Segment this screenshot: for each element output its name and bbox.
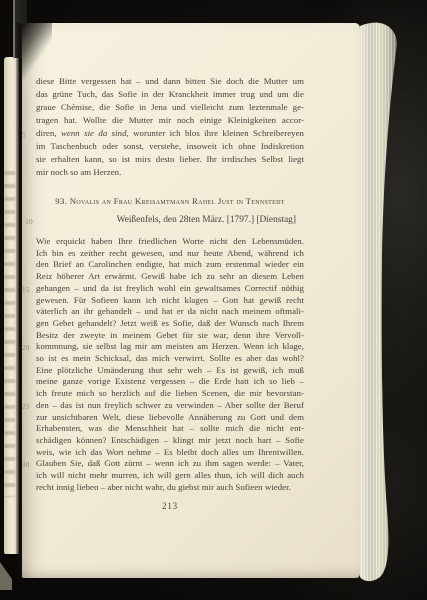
text-segment: tragen hat. Wollte die Mutter mir noch e… bbox=[36, 115, 304, 125]
text-segment: Ich bin es zeither recht gewesen, und nu… bbox=[36, 248, 304, 258]
text-segment: mir noch so am Herzen. bbox=[36, 167, 121, 177]
date-line-text: Weißenfels, den 28ten März. [1797.] [Die… bbox=[117, 215, 296, 225]
text-line: den Brief an Carolinchen endigte, hat mi… bbox=[36, 259, 304, 271]
text-line: Eine plötzliche Umänderung thut sehr weh… bbox=[36, 365, 304, 377]
text-segment: ich will nicht mehr murren, ich will ger… bbox=[36, 470, 304, 480]
text-line: gen Gebet gehandelt? Jetzt weiß es Sofie… bbox=[36, 318, 304, 330]
margin-line-number: 25 bbox=[22, 402, 33, 414]
text-segment: weis, wie ich das Wort nehme – Es bleibt… bbox=[36, 447, 304, 457]
text-segment: Eine plötzliche Umänderung thut sehr weh… bbox=[36, 365, 304, 375]
book-photograph: diese Bitte vergessen hat – und dann bit… bbox=[0, 0, 427, 600]
text-line: das grüne Tuch, das Sofie in der Kranckh… bbox=[36, 88, 304, 101]
text-segment: schädigen können? Entschädigen – klingt … bbox=[36, 435, 304, 445]
text-line: mir noch so am Herzen. bbox=[36, 166, 304, 179]
paragraph-1: diese Bitte vergessen hat – und dann bit… bbox=[36, 75, 304, 179]
margin-line-number: 20 bbox=[22, 343, 33, 355]
text-line: so ist es mein Schicksal, das mich verwi… bbox=[36, 353, 304, 365]
text-segment: sie erhalten kann, so ist mirs desto lie… bbox=[36, 154, 304, 164]
text-segment: Reiz höherer Art erwärmt. Gewiß habe ich… bbox=[36, 271, 304, 281]
text-segment: graue Chémise, die Sofie in Jena und vie… bbox=[36, 102, 304, 112]
text-line: 20kommnung, sie selbst lag mir am meiste… bbox=[36, 341, 304, 353]
text-line: meine ganze vorige Existenz vergessen – … bbox=[36, 376, 304, 388]
text-column: diese Bitte vergessen hat – und dann bit… bbox=[36, 23, 304, 511]
margin-line-number: 10 bbox=[22, 216, 33, 228]
showthrough-text-texture bbox=[4, 167, 15, 497]
text-line: ich will nicht mehr murren, ich will ger… bbox=[36, 470, 304, 482]
text-line: 25den – das ist nun freylich schwer zu v… bbox=[36, 400, 304, 412]
text-line: Ich bin es zeither recht gewesen, und nu… bbox=[36, 248, 304, 260]
text-line: diese Bitte vergessen hat – und dann bit… bbox=[36, 75, 304, 88]
text-segment: ich freute mich so herzlich auf die lieb… bbox=[36, 388, 304, 398]
cover-corner-bottom bbox=[0, 556, 12, 590]
margin-line-number: 15 bbox=[22, 285, 33, 297]
text-line: Erhabensten, was die Menschheit hat – so… bbox=[36, 423, 304, 435]
text-segment: Besitz der zweyte in meinem Gebet für si… bbox=[36, 330, 304, 340]
text-line: sie erhalten kann, so ist mirs desto lie… bbox=[36, 153, 304, 166]
text-segment: das grüne Tuch, das Sofie in der Kranckh… bbox=[36, 89, 304, 99]
text-segment: gewesen. Für Sofieen kann ich nicht klag… bbox=[36, 295, 304, 305]
text-segment: väterlich an ihr gehandelt – und hat er … bbox=[36, 306, 304, 316]
text-line: väterlich an ihr gehandelt – und hat er … bbox=[36, 306, 304, 318]
text-segment: den Brief an Carolinchen endigte, hat mi… bbox=[36, 259, 304, 269]
text-line: Besitz der zweyte in meinem Gebet für si… bbox=[36, 330, 304, 342]
text-line: Wie erquickt haben Ihre friedlichen Wort… bbox=[36, 236, 304, 248]
margin-line-number: 30 bbox=[22, 460, 33, 472]
text-line: ich freute mich so herzlich auf die lieb… bbox=[36, 388, 304, 400]
text-segment: , worunter ich blos ihre kleinen Schreib… bbox=[127, 128, 304, 138]
text-segment: zur unsichtbaren Welt, diese liebevolle … bbox=[36, 412, 304, 422]
text-line: Reiz höherer Art erwärmt. Gewiß habe ich… bbox=[36, 271, 304, 283]
text-segment: gen Gebet gehandelt? Jetzt weiß es Sofie… bbox=[36, 318, 304, 328]
fore-edge-pages bbox=[352, 20, 404, 592]
text-segment: Erhabensten, was die Menschheit hat – so… bbox=[36, 423, 304, 433]
paragraph-2: Wie erquickt haben Ihre friedlichen Wort… bbox=[36, 236, 304, 493]
text-line: gewesen. Für Sofieen kann ich nicht klag… bbox=[36, 295, 304, 307]
text-line: weis, wie ich das Wort nehme – Es bleibt… bbox=[36, 447, 304, 459]
text-segment: so ist es mein Schicksal, das mich verwi… bbox=[36, 353, 304, 363]
text-line: zur unsichtbaren Welt, diese liebevolle … bbox=[36, 412, 304, 424]
text-segment: diese Bitte vergessen hat – und dann bit… bbox=[36, 76, 304, 86]
margin-line-number: 5 bbox=[22, 129, 33, 142]
text-segment: Wie erquickt haben Ihre friedlichen Wort… bbox=[36, 236, 304, 246]
text-segment: meine ganze vorige Existenz vergessen – … bbox=[36, 376, 304, 386]
text-line: tragen hat. Wollte die Mutter mir noch e… bbox=[36, 114, 304, 127]
text-segment: gehangen – und da ist freylich wohl ein … bbox=[36, 283, 304, 293]
text-line: im Taschenbuch oder sonst, verstehe, ins… bbox=[36, 140, 304, 153]
text-segment: Glauben Sie, daß Gott zürnt – wenn ich z… bbox=[36, 458, 304, 468]
text-line: schädigen können? Entschädigen – klingt … bbox=[36, 435, 304, 447]
text-segment: kommnung, sie selbst lag mir am meisten … bbox=[36, 341, 304, 351]
italic-phrase: wenn sie da sind bbox=[61, 128, 127, 138]
letter-heading: 93. Novalis an Frau Kreisamtmann Rahel J… bbox=[36, 195, 304, 207]
page-number: 213 bbox=[36, 501, 304, 511]
text-segment: diren, bbox=[36, 128, 61, 138]
text-line: graue Chémise, die Sofie in Jena und vie… bbox=[36, 101, 304, 114]
date-line: 10Weißenfels, den 28ten März. [1797.] [D… bbox=[36, 214, 304, 226]
text-line: recht innig lieben – aber nicht wahr, du… bbox=[36, 482, 304, 494]
book-page: diese Bitte vergessen hat – und dann bit… bbox=[22, 23, 360, 578]
text-line: 15gehangen – und da ist freylich wohl ei… bbox=[36, 283, 304, 295]
text-line: 30Glauben Sie, daß Gott zürnt – wenn ich… bbox=[36, 458, 304, 470]
text-segment: den – das ist nun freylich schwer zu ver… bbox=[36, 400, 304, 410]
text-segment: im Taschenbuch oder sonst, verstehe, ins… bbox=[36, 141, 304, 151]
text-line: 5diren, wenn sie da sind, worunter ich b… bbox=[36, 127, 304, 140]
text-segment: recht innig lieben – aber nicht wahr, du… bbox=[36, 482, 291, 492]
